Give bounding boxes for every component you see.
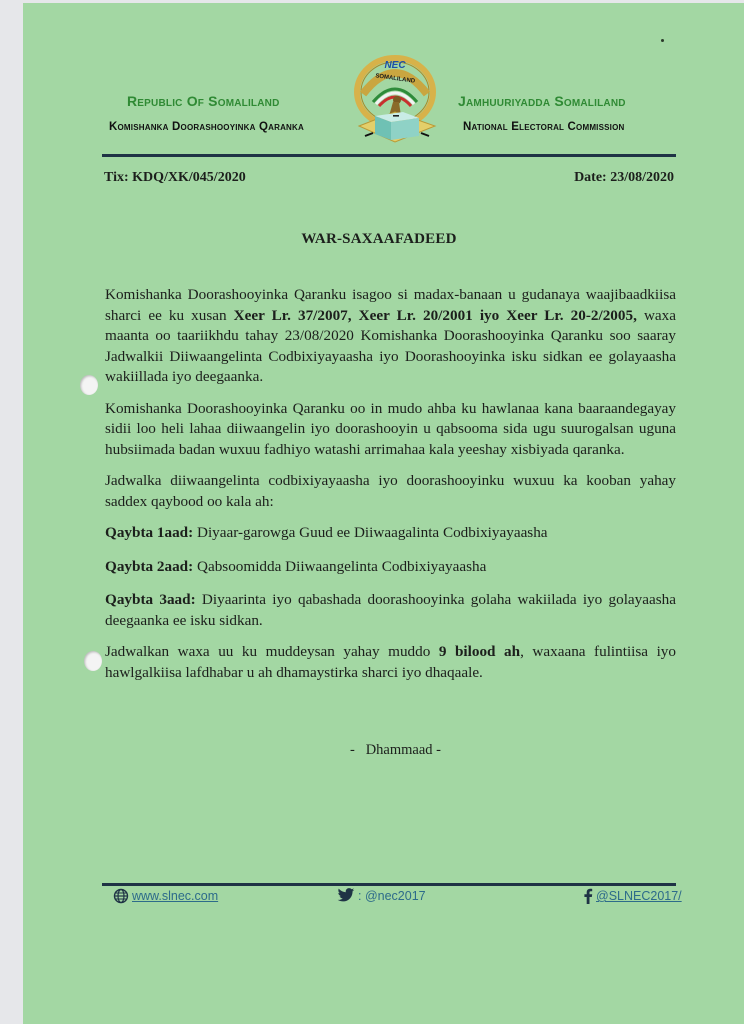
paragraph-intro: Komishanka Doorashooyinka Qaranku isagoo… [105,285,676,388]
phase-label: Qaybta 2aad: [105,558,193,575]
nec-logo-icon: NEC SOMALILAND [345,54,445,146]
duration-value: 9 bilood ah [439,643,520,660]
closing-mark: - Dhammaad - [350,742,441,759]
twitter-handle[interactable]: : @nec2017 [358,889,426,903]
punch-hole [80,375,98,395]
phase-text: Qabsoomidda Diiwaangelinta Codbixiyayaas… [193,558,486,575]
globe-icon [113,888,129,904]
facebook-icon [583,888,593,904]
facebook-link[interactable]: @SLNEC2017/ [596,889,682,903]
svg-text:NEC: NEC [384,60,406,71]
letterhead-left-subtitle: Komishanka Doorashooyinka Qaranka [109,121,304,133]
letterhead-left-title: Republic Of Somaliland [127,93,280,109]
phase-item: Qaybta 3aad: Diyaarinta iyo qabashada do… [105,590,676,631]
footer-website[interactable]: www.slnec.com [113,888,218,904]
footer-rule [102,883,676,886]
phase-text: Diyaar-garowga Guud ee Diiwaagalinta Cod… [193,524,547,541]
document-body: Komishanka Doorashooyinka Qaranku isagoo… [105,285,676,694]
scan-speck [661,39,664,42]
punch-hole [84,651,102,671]
letterhead-right-subtitle: National Electoral Commission [463,121,625,133]
page-title: WAR-SAXAAFADEED [0,231,744,248]
paragraph-phases-intro: Jadwalka diiwaangelinta codbixiyayaasha … [105,471,676,512]
phase-item: Qaybta 2aad: Qabsoomidda Diiwaangelinta … [105,557,676,578]
footer-twitter[interactable]: : @nec2017 [337,888,426,903]
header-rule [102,154,676,157]
law-references: Xeer Lr. 37/2007, Xeer Lr. 20/2001 iyo X… [234,307,637,324]
phase-label: Qaybta 3aad: [105,591,196,608]
letterhead-right-title: Jamhuuriyadda Somaliland [458,93,626,109]
website-link[interactable]: www.slnec.com [132,889,218,903]
title-text: WAR-SAXAAFADEED [301,231,456,248]
paragraph-consultation: Komishanka Doorashooyinka Qaranku oo in … [105,399,676,461]
phase-item: Qaybta 1aad: Diyaar-garowga Guud ee Diiw… [105,523,676,544]
footer-facebook[interactable]: @SLNEC2017/ [583,888,682,904]
document-date: Date: 23/08/2020 [574,170,674,186]
paragraph-duration: Jadwalkan waxa uu ku muddeysan yahay mud… [105,642,676,683]
paragraph-text: Jadwalkan waxa uu ku muddeysan yahay mud… [105,643,439,660]
phase-label: Qaybta 1aad: [105,524,193,541]
reference-number: Tix: KDQ/XK/045/2020 [104,170,246,186]
twitter-bird-icon [337,888,355,903]
